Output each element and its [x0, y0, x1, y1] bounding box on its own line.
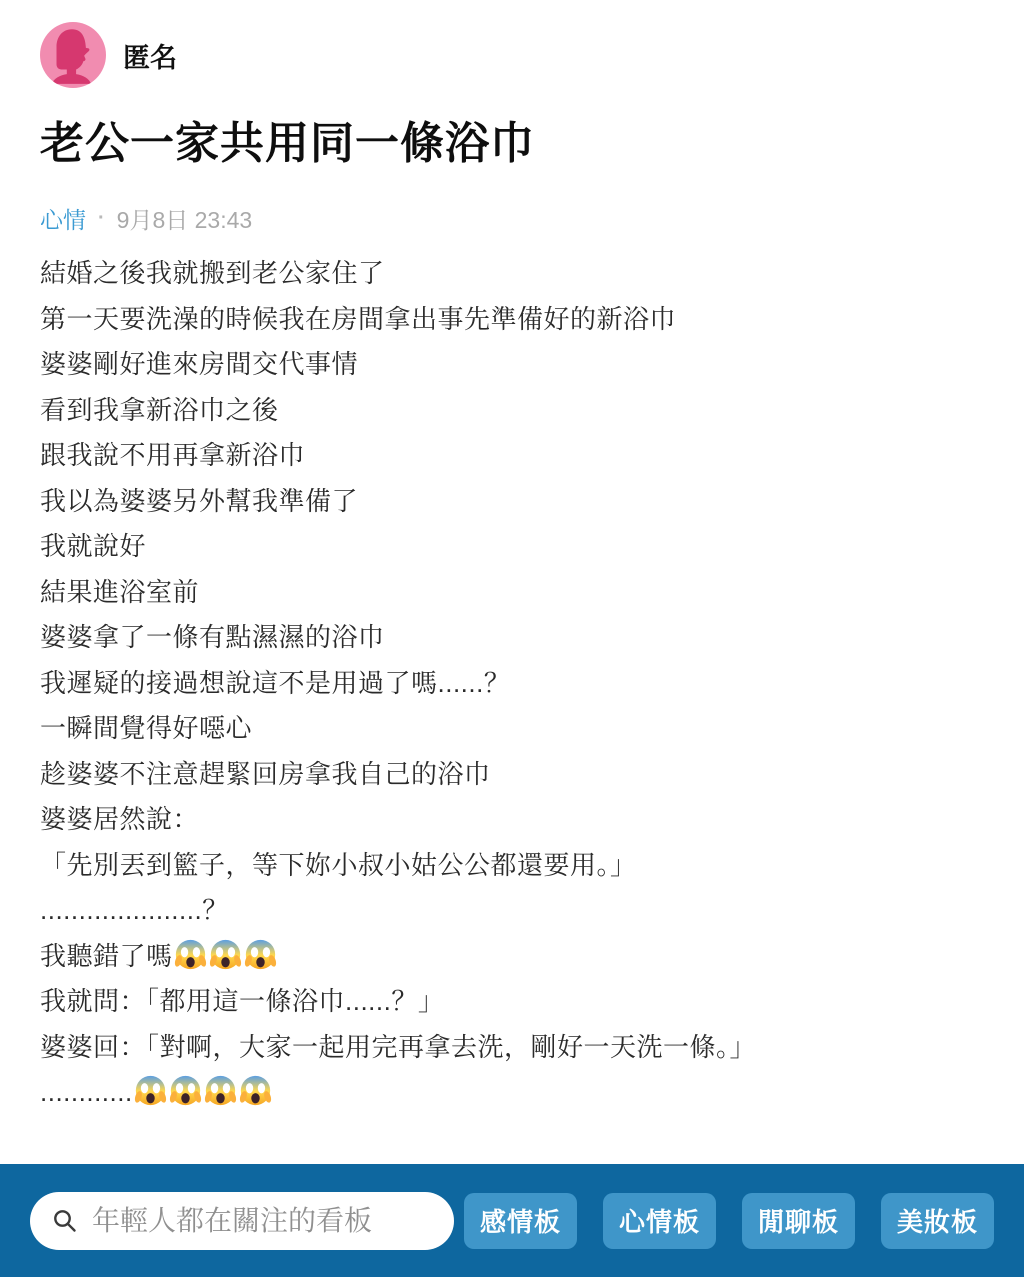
bottom-bar: 感情板心情板閒聊板美妝板 — [0, 1164, 1024, 1277]
post-meta: 心情 · 9月8日 23:43 — [40, 202, 984, 235]
post-page: 匿名 老公一家共用同一條浴巾 心情 · 9月8日 23:43 結婚之後我就搬到老… — [0, 0, 1024, 1116]
scream-emoji — [239, 1074, 272, 1107]
body-line: 我就問：「都用這一條浴巾......？」 — [40, 979, 984, 1025]
scream-emoji — [134, 1074, 167, 1107]
body-line: 趁婆婆不注意趕緊回房拿我自己的浴巾 — [40, 752, 984, 798]
post-header: 匿名 — [40, 22, 984, 88]
body-line: 結婚之後我就搬到老公家住了 — [40, 251, 984, 297]
body-line: 一瞬間覺得好噁心 — [40, 706, 984, 752]
board-button-2[interactable]: 心情板 — [603, 1193, 716, 1249]
body-line: 看到我拿新浴巾之後 — [40, 388, 984, 434]
anonymous-avatar-icon[interactable] — [40, 22, 106, 88]
search-input[interactable] — [92, 1205, 444, 1237]
body-line: 我聽錯了嗎 — [40, 934, 984, 980]
scream-emoji — [244, 938, 277, 971]
body-line: 結果進浴室前 — [40, 570, 984, 616]
scream-emoji — [169, 1074, 202, 1107]
board-button-4[interactable]: 美妝板 — [881, 1193, 994, 1249]
body-line: 婆婆剛好進來房間交代事情 — [40, 342, 984, 388]
author-name: 匿名 — [123, 36, 177, 75]
search-icon — [52, 1208, 78, 1234]
meta-separator: · — [98, 207, 105, 230]
body-line: 婆婆回：「對啊，大家一起用完再拿去洗，剛好一天洗一條。」 — [40, 1025, 984, 1071]
body-line: 婆婆拿了一條有點濕濕的浴巾 — [40, 615, 984, 661]
body-line: 我遲疑的接過想說這不是用過了嗎......？ — [40, 661, 984, 707]
board-buttons: 感情板心情板閒聊板美妝板 — [464, 1193, 994, 1249]
body-line: 「先別丟到籃子，等下妳小叔小姑公公都還要用。」 — [40, 843, 984, 889]
body-line: 我以為婆婆另外幫我準備了 — [40, 479, 984, 525]
post-title: 老公一家共用同一條浴巾 — [40, 118, 984, 170]
scream-emoji — [209, 938, 242, 971]
post-body: 結婚之後我就搬到老公家住了第一天要洗澡的時候我在房間拿出事先準備好的新浴巾婆婆剛… — [40, 251, 984, 1116]
body-line: 婆婆居然說： — [40, 797, 984, 843]
search-pill[interactable] — [30, 1192, 454, 1250]
scream-emoji — [174, 938, 207, 971]
body-line: .....................？ — [40, 888, 984, 934]
scream-emoji — [204, 1074, 237, 1107]
body-line: 我就說好 — [40, 524, 984, 570]
board-button-3[interactable]: 閒聊板 — [742, 1193, 855, 1249]
board-button-1[interactable]: 感情板 — [464, 1193, 577, 1249]
body-line: ............ — [40, 1070, 984, 1116]
category-link[interactable]: 心情 — [40, 202, 86, 235]
body-line: 第一天要洗澡的時候我在房間拿出事先準備好的新浴巾 — [40, 297, 984, 343]
body-line: 跟我說不用再拿新浴巾 — [40, 433, 984, 479]
post-timestamp: 9月8日 23:43 — [117, 202, 253, 235]
